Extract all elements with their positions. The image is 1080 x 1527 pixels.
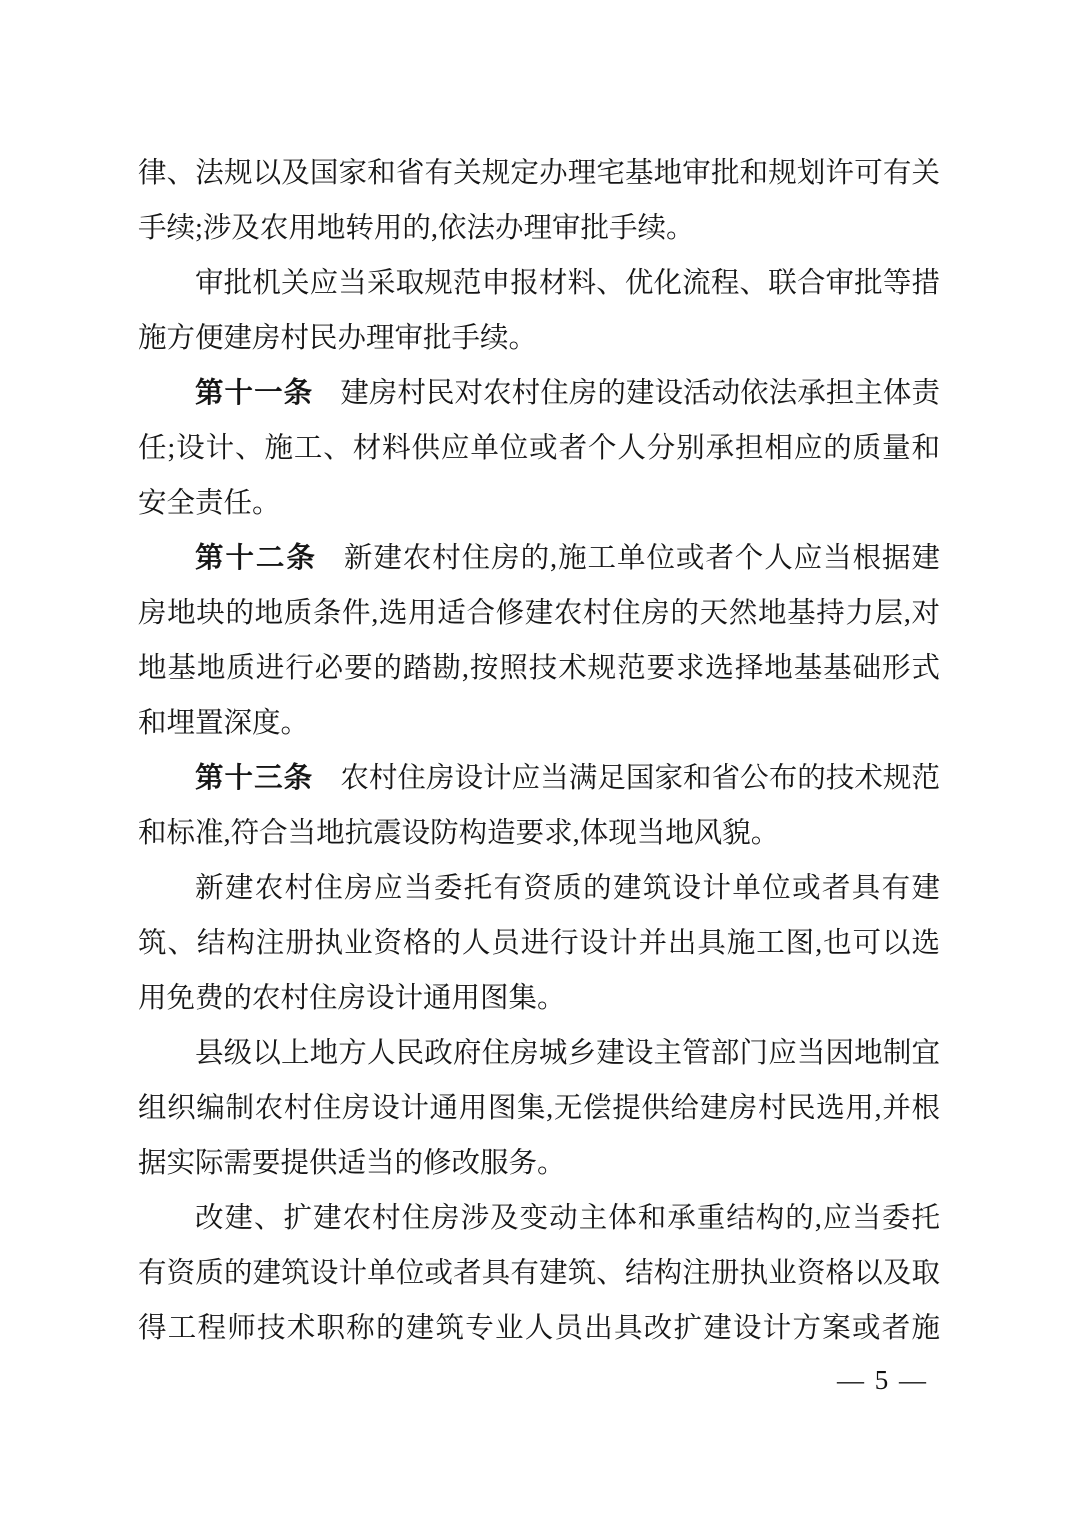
paragraph: 县级以上地方人民政府住房城乡建设主管部门应当因地制宜组织编制农村住房设计通用图集… <box>138 1026 940 1191</box>
paragraph: 第十三条农村住房设计应当满足国家和省公布的技术规范和标准,符合当地抗震设防构造要… <box>138 751 940 861</box>
paragraph: 审批机关应当采取规范申报材料、优化流程、联合审批等措施方便建房村民办理审批手续。 <box>138 256 940 366</box>
page-number: — 5 — <box>837 1360 928 1400</box>
paragraph-text: 审批机关应当采取规范申报材料、优化流程、联合审批等措施方便建房村民办理审批手续。 <box>138 268 940 354</box>
paragraph-text: 改建、扩建农村住房涉及变动主体和承重结构的,应当委托有资质的建筑设计单位或者具有… <box>138 1203 940 1344</box>
paragraph: 改建、扩建农村住房涉及变动主体和承重结构的,应当委托有资质的建筑设计单位或者具有… <box>138 1191 940 1356</box>
document-body: 律、法规以及国家和省有关规定办理宅基地审批和规划许可有关手续;涉及农用地转用的,… <box>138 146 940 1356</box>
article-number: 第十一条 <box>195 377 313 409</box>
document-page: 律、法规以及国家和省有关规定办理宅基地审批和规划许可有关手续;涉及农用地转用的,… <box>0 0 1080 1527</box>
article-number: 第十三条 <box>195 762 313 794</box>
paragraph: 第十一条建房村民对农村住房的建设活动依法承担主体责任;设计、施工、材料供应单位或… <box>138 366 940 531</box>
paragraph: 第十二条新建农村住房的,施工单位或者个人应当根据建房地块的地质条件,选用适合修建… <box>138 531 940 751</box>
paragraph-text: 律、法规以及国家和省有关规定办理宅基地审批和规划许可有关手续;涉及农用地转用的,… <box>138 158 940 244</box>
paragraph-text: 县级以上地方人民政府住房城乡建设主管部门应当因地制宜组织编制农村住房设计通用图集… <box>138 1038 940 1179</box>
paragraph: 新建农村住房应当委托有资质的建筑设计单位或者具有建筑、结构注册执业资格的人员进行… <box>138 861 940 1026</box>
paragraph: 律、法规以及国家和省有关规定办理宅基地审批和规划许可有关手续;涉及农用地转用的,… <box>138 146 940 256</box>
article-number: 第十二条 <box>195 542 317 574</box>
paragraph-text: 新建农村住房应当委托有资质的建筑设计单位或者具有建筑、结构注册执业资格的人员进行… <box>138 873 940 1014</box>
